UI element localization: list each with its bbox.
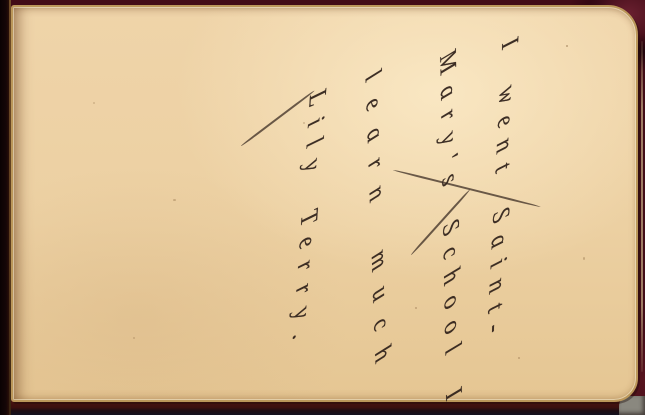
book-spine-shadow [0, 0, 9, 415]
handwriting-line-3: learn much [361, 63, 395, 388]
paper-speck [566, 45, 568, 47]
paper-speck [518, 357, 520, 359]
paper-speck [173, 199, 176, 201]
album-page: I went Saint- Mary's School I learn much… [11, 5, 638, 402]
paper-speck [303, 122, 305, 124]
book-bottom-board-edge [0, 401, 645, 415]
handwriting-line-2: Mary's School I [435, 43, 465, 415]
paper-speck [133, 337, 135, 339]
album-photo: I went Saint- Mary's School I learn much… [0, 0, 645, 415]
ink-flourish [393, 169, 541, 208]
paper-speck [583, 257, 585, 260]
handwriting-block: I went Saint- Mary's School I learn much… [13, 7, 636, 400]
signature-line: Lily Terry. [287, 83, 330, 359]
paper-speck [93, 102, 95, 104]
paper-speck [415, 307, 417, 309]
